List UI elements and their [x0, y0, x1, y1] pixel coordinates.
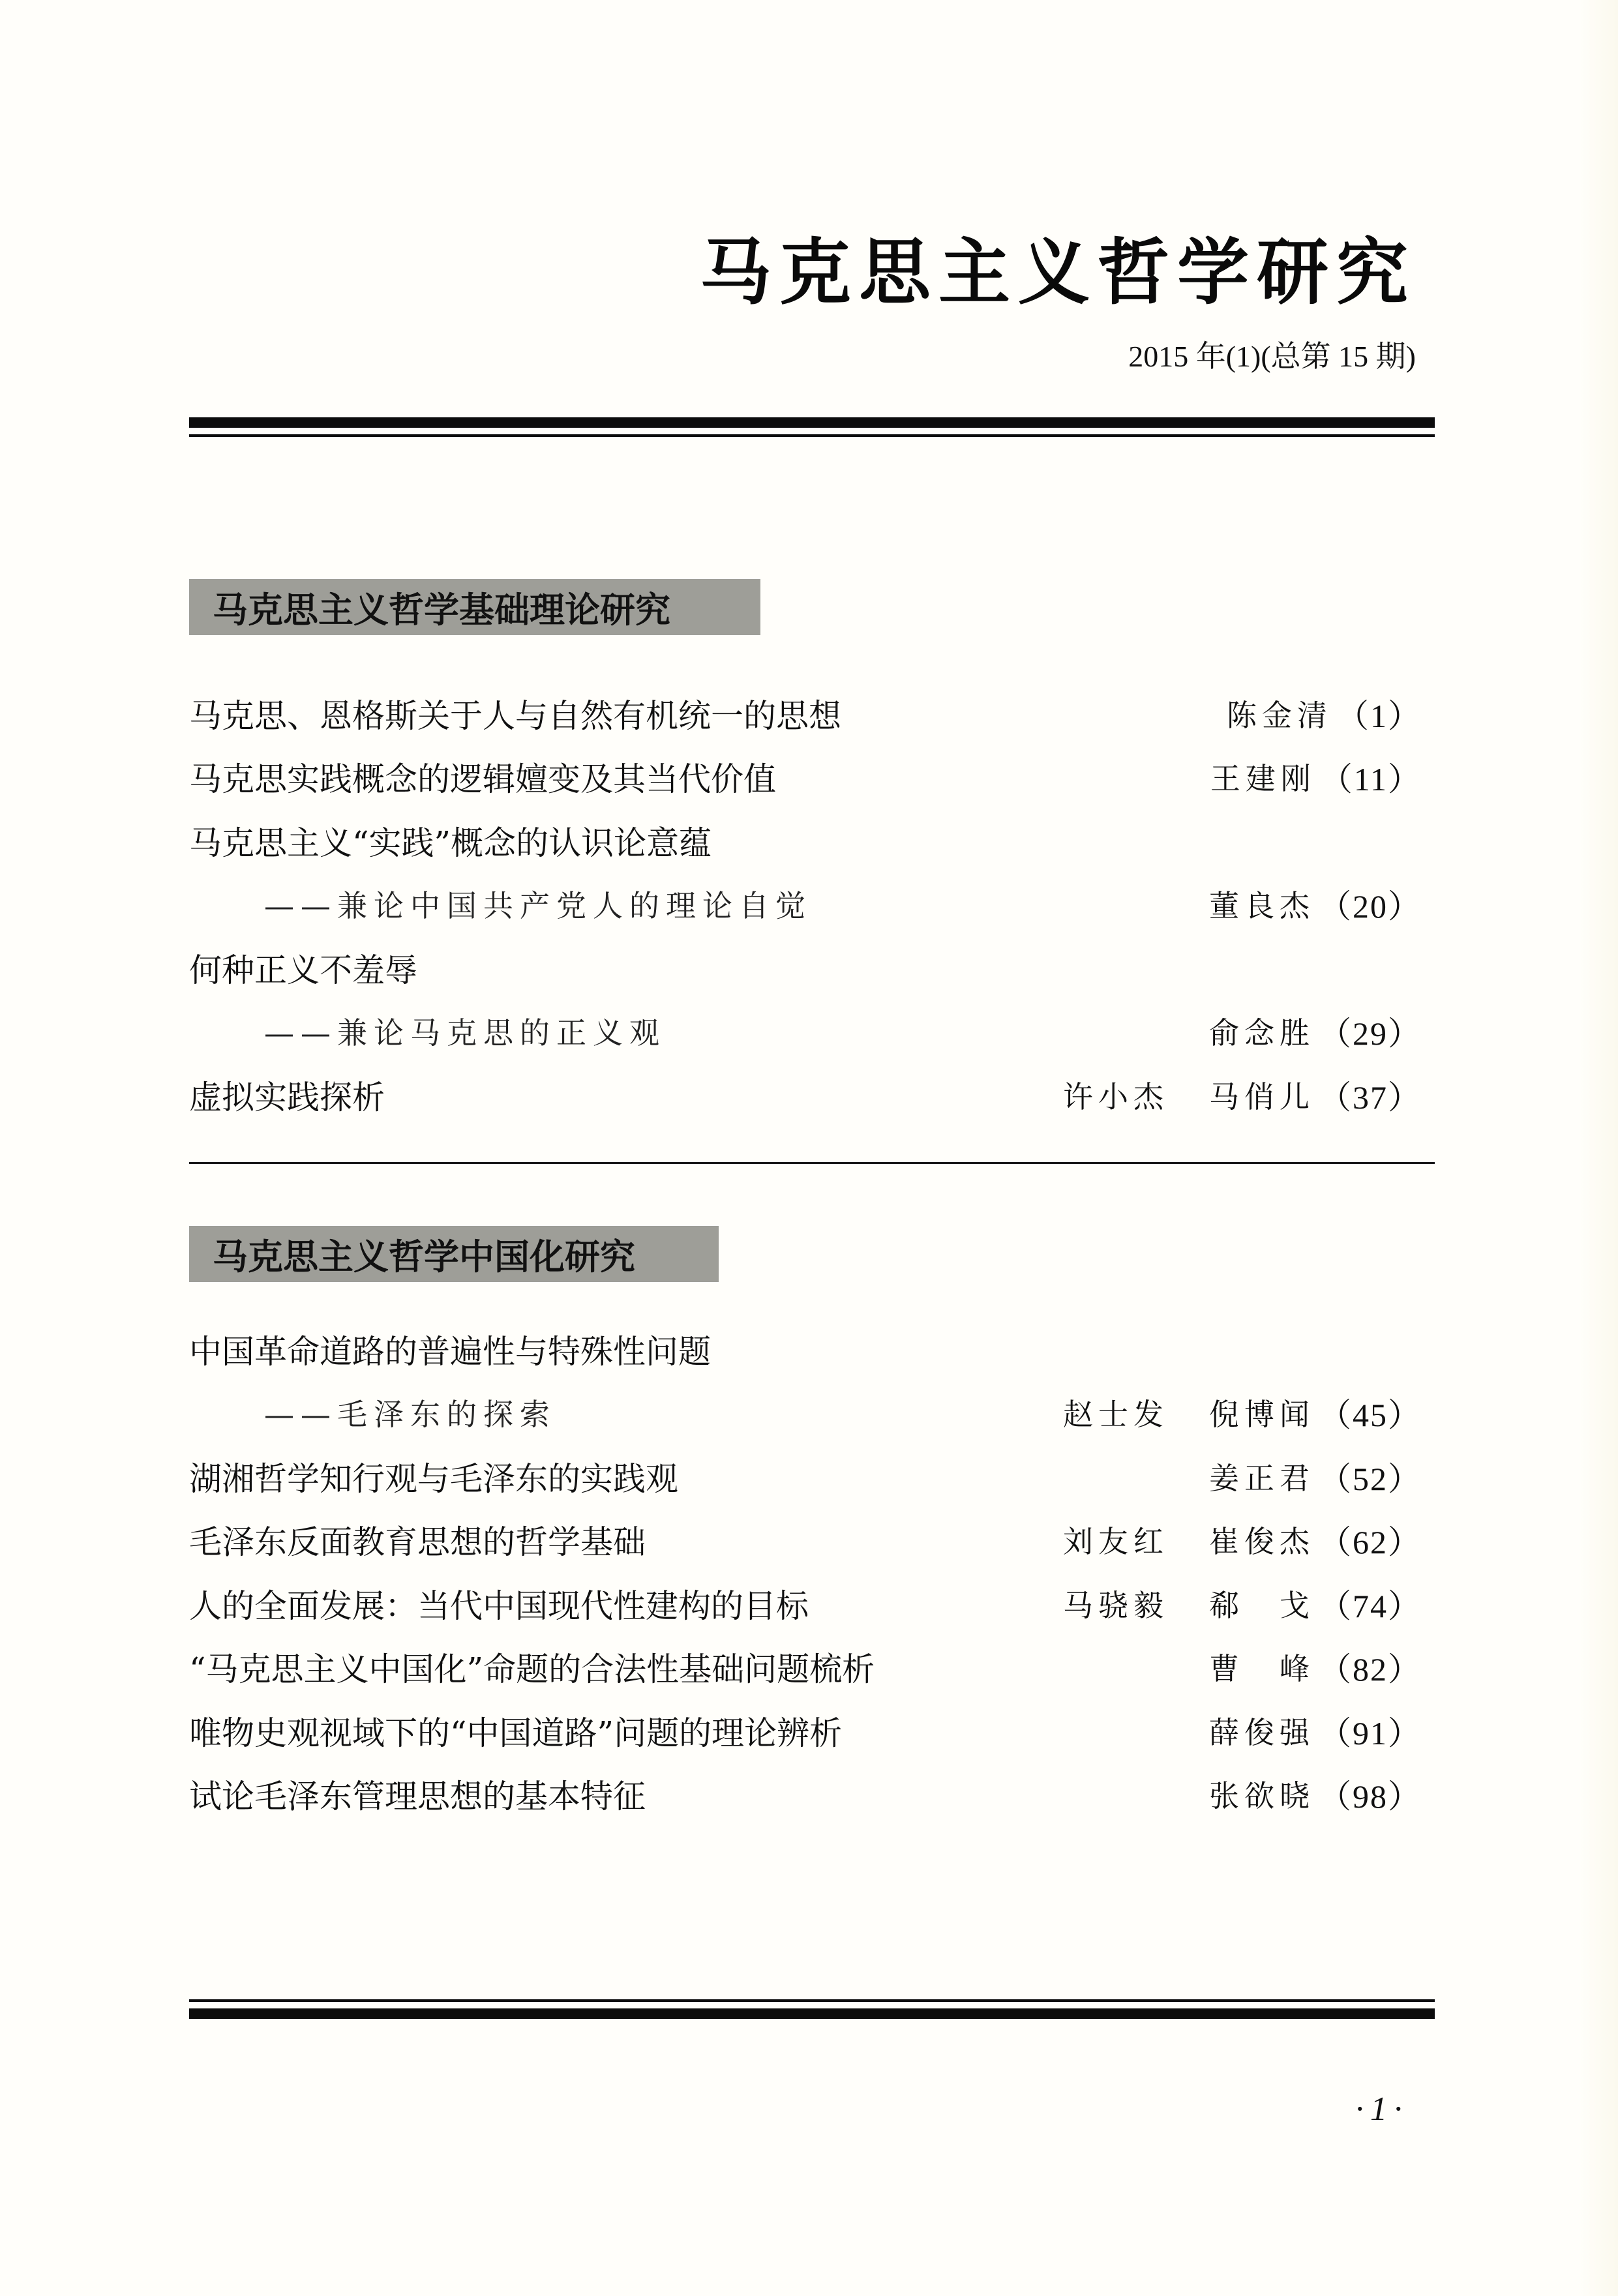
article-page: （62） — [1319, 1516, 1422, 1563]
page-edge-shading — [1579, 0, 1618, 2296]
article-title: 人的全面发展：当代中国现代性建构的目标 — [189, 1580, 809, 1627]
article-author: 马俏儿 — [1209, 1073, 1315, 1116]
article-author: 陈金清 — [1227, 692, 1332, 735]
toc-entry[interactable]: 中国革命道路的普遍性与特殊性问题 — [189, 1317, 1422, 1381]
toc-entry[interactable]: 马克思主义“实践”概念的认识论意蕴 — [189, 809, 1422, 872]
article-page: （29） — [1319, 1007, 1422, 1054]
article-title: 中国革命道路的普遍性与特殊性问题 — [189, 1326, 711, 1373]
article-coauthor: 赵士发 — [1063, 1391, 1169, 1434]
thick-rule — [189, 417, 1435, 428]
article-page: （11） — [1320, 753, 1422, 800]
article-page: （82） — [1319, 1643, 1422, 1690]
toc-entry[interactable]: 人的全面发展：当代中国现代性建构的目标 马骁毅 郗 戈 （74） — [189, 1572, 1422, 1635]
toc-entry[interactable]: 唯物史观视域下的“中国道路”问题的理论辨析 薛俊强 （91） — [189, 1699, 1422, 1763]
article-title: 试论毛泽东管理思想的基本特征 — [189, 1770, 646, 1817]
journal-title: 马克思主义哲学研究 — [700, 215, 1416, 318]
toc-entry[interactable]: 何种正义不羞辱 — [189, 936, 1422, 1000]
article-title: 毛泽东反面教育思想的哲学基础 — [189, 1516, 646, 1563]
article-author: 崔俊杰 — [1209, 1518, 1315, 1561]
article-author: 曹 峰 — [1209, 1645, 1315, 1688]
toc-entry[interactable]: 毛泽东反面教育思想的哲学基础 刘友红 崔俊杰 （62） — [189, 1508, 1422, 1572]
toc-entry-subtitle[interactable]: ——兼论中国共产党人的理论自觉 董良杰 （20） — [189, 872, 1422, 936]
header-double-rule — [189, 417, 1435, 437]
toc-entry-subtitle[interactable]: ——毛泽东的探索 赵士发 倪博闻 （45） — [189, 1381, 1422, 1445]
article-page: （52） — [1319, 1453, 1422, 1500]
article-author: 姜正君 — [1209, 1455, 1315, 1498]
article-subtitle: ——兼论中国共产党人的理论自觉 — [189, 882, 812, 925]
article-title: 湖湘哲学知行观与毛泽东的实践观 — [189, 1453, 678, 1500]
article-title: 马克思实践概念的逻辑嬗变及其当代价值 — [189, 753, 776, 800]
article-page: （98） — [1319, 1770, 1422, 1817]
article-title: 马克思、恩格斯关于人与自然有机统一的思想 — [189, 690, 841, 737]
article-coauthor: 许小杰 — [1063, 1073, 1169, 1116]
article-title: 马克思主义“实践”概念的认识论意蕴 — [189, 817, 712, 864]
toc-entry[interactable]: 试论毛泽东管理思想的基本特征 张欲晓 （98） — [189, 1763, 1422, 1826]
article-title: 何种正义不羞辱 — [189, 944, 417, 991]
toc-entry[interactable]: 马克思实践概念的逻辑嬗变及其当代价值 王建刚 （11） — [189, 745, 1422, 809]
thin-rule — [189, 434, 1435, 437]
article-page: （74） — [1319, 1580, 1422, 1627]
article-page: （37） — [1319, 1071, 1422, 1118]
article-author: 倪博闻 — [1209, 1391, 1315, 1434]
article-coauthor: 刘友红 — [1063, 1518, 1169, 1561]
article-page: （45） — [1319, 1389, 1422, 1436]
issue-info: 2015 年(1)(总第 15 期) — [1128, 333, 1416, 376]
article-author: 郗 戈 — [1209, 1582, 1315, 1625]
article-page: （1） — [1336, 690, 1422, 737]
article-author: 薛俊强 — [1209, 1709, 1315, 1752]
article-page: （91） — [1319, 1707, 1422, 1754]
article-coauthor: 马骁毅 — [1063, 1582, 1169, 1625]
toc-entry[interactable]: “马克思主义中国化”命题的合法性基础问题梳析 曹 峰 （82） — [189, 1635, 1422, 1699]
article-author: 王建刚 — [1210, 755, 1316, 798]
article-subtitle: ——兼论马克思的正义观 — [189, 1009, 666, 1052]
section-heading-sinicization: 马克思主义哲学中国化研究 — [189, 1226, 719, 1282]
toc-entry[interactable]: 马克思、恩格斯关于人与自然有机统一的思想 陈金清 （1） — [189, 681, 1422, 745]
article-page: （20） — [1319, 880, 1422, 927]
toc-entry[interactable]: 虚拟实践探析 许小杰 马俏儿 （37） — [189, 1063, 1422, 1127]
article-author: 俞念胜 — [1209, 1009, 1315, 1052]
article-author: 董良杰 — [1209, 882, 1315, 925]
section-divider — [189, 1162, 1435, 1164]
toc-section-1: 马克思、恩格斯关于人与自然有机统一的思想 陈金清 （1） 马克思实践概念的逻辑嬗… — [189, 681, 1422, 1127]
article-subtitle: ——毛泽东的探索 — [189, 1391, 556, 1434]
footer-double-rule — [189, 1999, 1435, 2019]
toc-section-2: 中国革命道路的普遍性与特殊性问题 ——毛泽东的探索 赵士发 倪博闻 （45） 湖… — [189, 1317, 1422, 1826]
toc-entry[interactable]: 湖湘哲学知行观与毛泽东的实践观 姜正君 （52） — [189, 1444, 1422, 1508]
article-title: 虚拟实践探析 — [189, 1071, 385, 1118]
page-number: ·1· — [1355, 2090, 1409, 2128]
thick-rule — [189, 2008, 1435, 2019]
article-title: 唯物史观视域下的“中国道路”问题的理论辨析 — [189, 1707, 842, 1754]
toc-entry-subtitle[interactable]: ——兼论马克思的正义观 俞念胜 （29） — [189, 1000, 1422, 1064]
article-title: “马克思主义中国化”命题的合法性基础问题梳析 — [189, 1643, 875, 1690]
section-heading-basic-theory: 马克思主义哲学基础理论研究 — [189, 579, 760, 635]
article-author: 张欲晓 — [1209, 1772, 1315, 1815]
